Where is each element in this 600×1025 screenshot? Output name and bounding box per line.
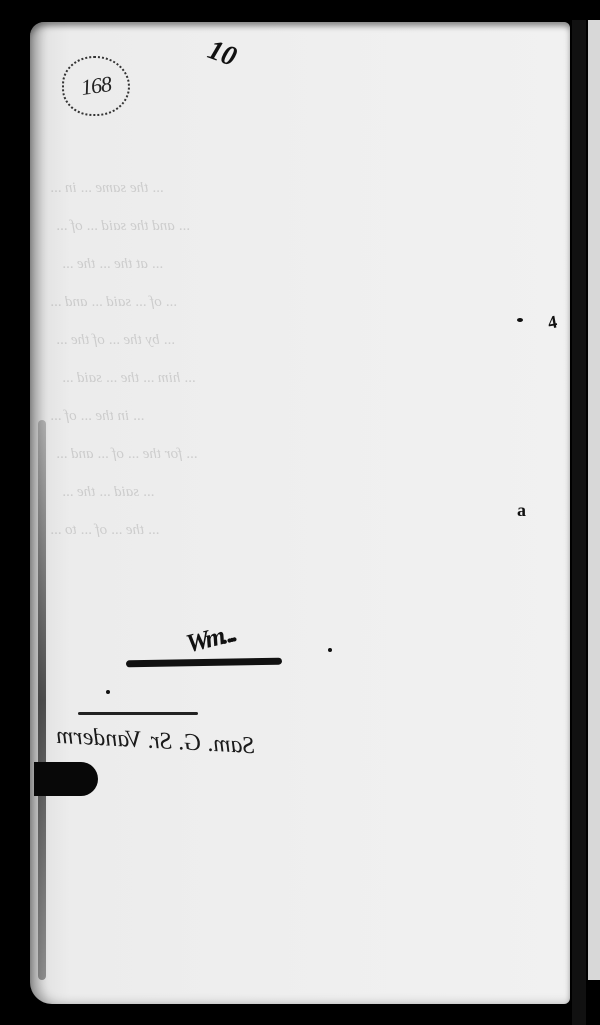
manuscript-page	[30, 22, 570, 1004]
bleed-through-line: ... the same ... in ...	[50, 180, 163, 197]
bleed-through-line: ... for the ... of ... and ...	[56, 446, 197, 463]
bleed-through-line: ... of ... said ... and ...	[50, 294, 177, 311]
ink-speck	[517, 318, 523, 322]
bleed-through-line: ... him ... the ... said ...	[62, 370, 195, 387]
adjacent-page-edge	[588, 20, 600, 980]
bleed-through-line: ... at the ... the ...	[62, 256, 163, 273]
binding-clip	[34, 762, 98, 796]
ink-speck	[106, 690, 110, 694]
bleed-through-line: ... the ... of ... to ...	[50, 522, 159, 539]
margin-mark-2: a	[517, 500, 526, 521]
ink-speck	[328, 648, 332, 652]
folio-number: 168	[79, 71, 112, 101]
bleed-through-line: ... said ... the ...	[62, 484, 154, 501]
bleed-through-line: ... in the ... of ...	[50, 408, 144, 425]
horizontal-rule	[78, 712, 198, 715]
folio-number-circle: 168	[62, 56, 130, 116]
bleed-through-line: ... by the ... of the ...	[56, 332, 175, 349]
page-left-edge-shadow	[38, 420, 46, 980]
bleed-through-line: ... and the said ... of ...	[56, 218, 190, 235]
binding-gutter	[572, 20, 586, 1025]
